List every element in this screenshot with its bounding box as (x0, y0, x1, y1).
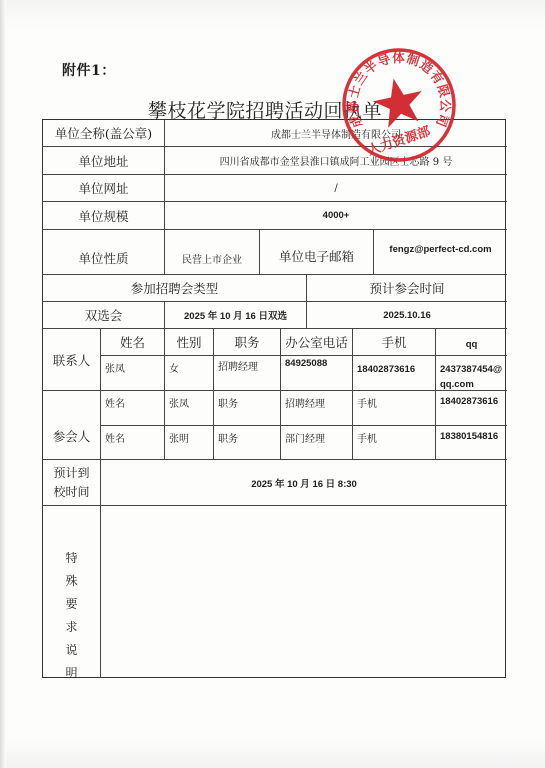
attendees-label: 参会人 (43, 391, 101, 460)
expected-date-value: 2025.10.16 (307, 302, 507, 329)
scale-value: 4000+ (165, 202, 507, 230)
attendee1-position-label: 职务 (214, 391, 281, 426)
website-label: 单位网址 (43, 175, 165, 202)
contact-gender: 女 (165, 356, 214, 391)
nature-value: 民营上市企业 (165, 230, 260, 275)
attendee2-mobile-label: 手机 (353, 426, 436, 460)
attendee2-position: 部门经理 (281, 426, 353, 460)
special-char-4: 求 (65, 616, 77, 639)
contact-header-name: 姓名 (101, 329, 165, 356)
attendee1-name-label: 姓名 (101, 391, 165, 426)
special-requirements-value (101, 506, 507, 677)
special-requirements-label: 特 殊 要 求 说 明 (43, 506, 101, 677)
address-value: 四川省成都市金堂县淮口镇成阿工业园区士芯路 9 号 (165, 147, 507, 175)
special-char-1: 特 (65, 547, 77, 570)
contact-qq: 2437387454@qq.com (436, 356, 507, 391)
contact-office-phone: 84925088 (281, 356, 353, 391)
attendee2-mobile: 18380154816 (436, 426, 507, 460)
special-char-2: 殊 (65, 570, 77, 593)
nature-label: 单位性质 (43, 230, 165, 275)
contact-header-mobile: 手机 (353, 329, 436, 356)
expected-time-header: 预计参会时间 (307, 275, 507, 302)
company-name-label: 单位全称(盖公章) (43, 120, 165, 147)
fair-type-header: 参加招聘会类型 (43, 275, 307, 302)
attendee2-position-label: 职务 (214, 426, 281, 460)
attendee1-mobile-label: 手机 (353, 391, 436, 426)
address-label: 单位地址 (43, 147, 165, 175)
attendee1-name: 张凤 (165, 391, 214, 426)
arrival-label-line2: 校时间 (53, 483, 89, 502)
special-char-5: 说 (65, 639, 77, 662)
contact-name: 张凤 (101, 356, 165, 391)
attendee1-position: 招聘经理 (281, 391, 353, 426)
receipt-form-table: 单位全称(盖公章) 成都士兰半导体制造有限公司 单位地址 四川省成都市金堂县淮口… (42, 119, 506, 678)
contact-position: 招聘经理 (214, 356, 281, 391)
arrival-label-line1: 预计到 (53, 464, 89, 483)
attendee1-mobile: 18402873616 (436, 391, 507, 426)
website-value: / (165, 175, 507, 202)
attachment-label: 附件1： (62, 60, 116, 80)
contact-header-position: 职务 (214, 329, 281, 356)
fair-type-label: 双选会 (43, 302, 165, 329)
special-char-6: 明 (65, 662, 77, 685)
contact-header-qq: qq (436, 329, 507, 356)
attendee2-name: 张明 (165, 426, 214, 460)
contact-header-office-phone: 办公室电话 (281, 329, 353, 356)
contact-label: 联系人 (43, 329, 101, 391)
company-name-value: 成都士兰半导体制造有限公司 (165, 120, 507, 147)
arrival-label: 预计到 校时间 (43, 460, 101, 506)
arrival-value: 2025 年 10 月 16 日 8:30 (101, 460, 507, 506)
attendee2-name-label: 姓名 (101, 426, 165, 460)
contact-mobile: 18402873616 (353, 356, 436, 391)
fair-type-value: 2025 年 10 月 16 日双选 (165, 302, 307, 329)
special-char-3: 要 (65, 593, 77, 616)
email-value: fengz@perfect-cd.com (374, 230, 507, 275)
scale-label: 单位规模 (43, 202, 165, 230)
scan-edge-shadow (0, 0, 6, 768)
email-label: 单位电子邮箱 (260, 230, 374, 275)
contact-header-gender: 性别 (165, 329, 214, 356)
document-page: 附件1： 攀枝花学院招聘活动回执单 单位全称(盖公章) 成都士兰半导体制造有限公… (0, 0, 545, 768)
